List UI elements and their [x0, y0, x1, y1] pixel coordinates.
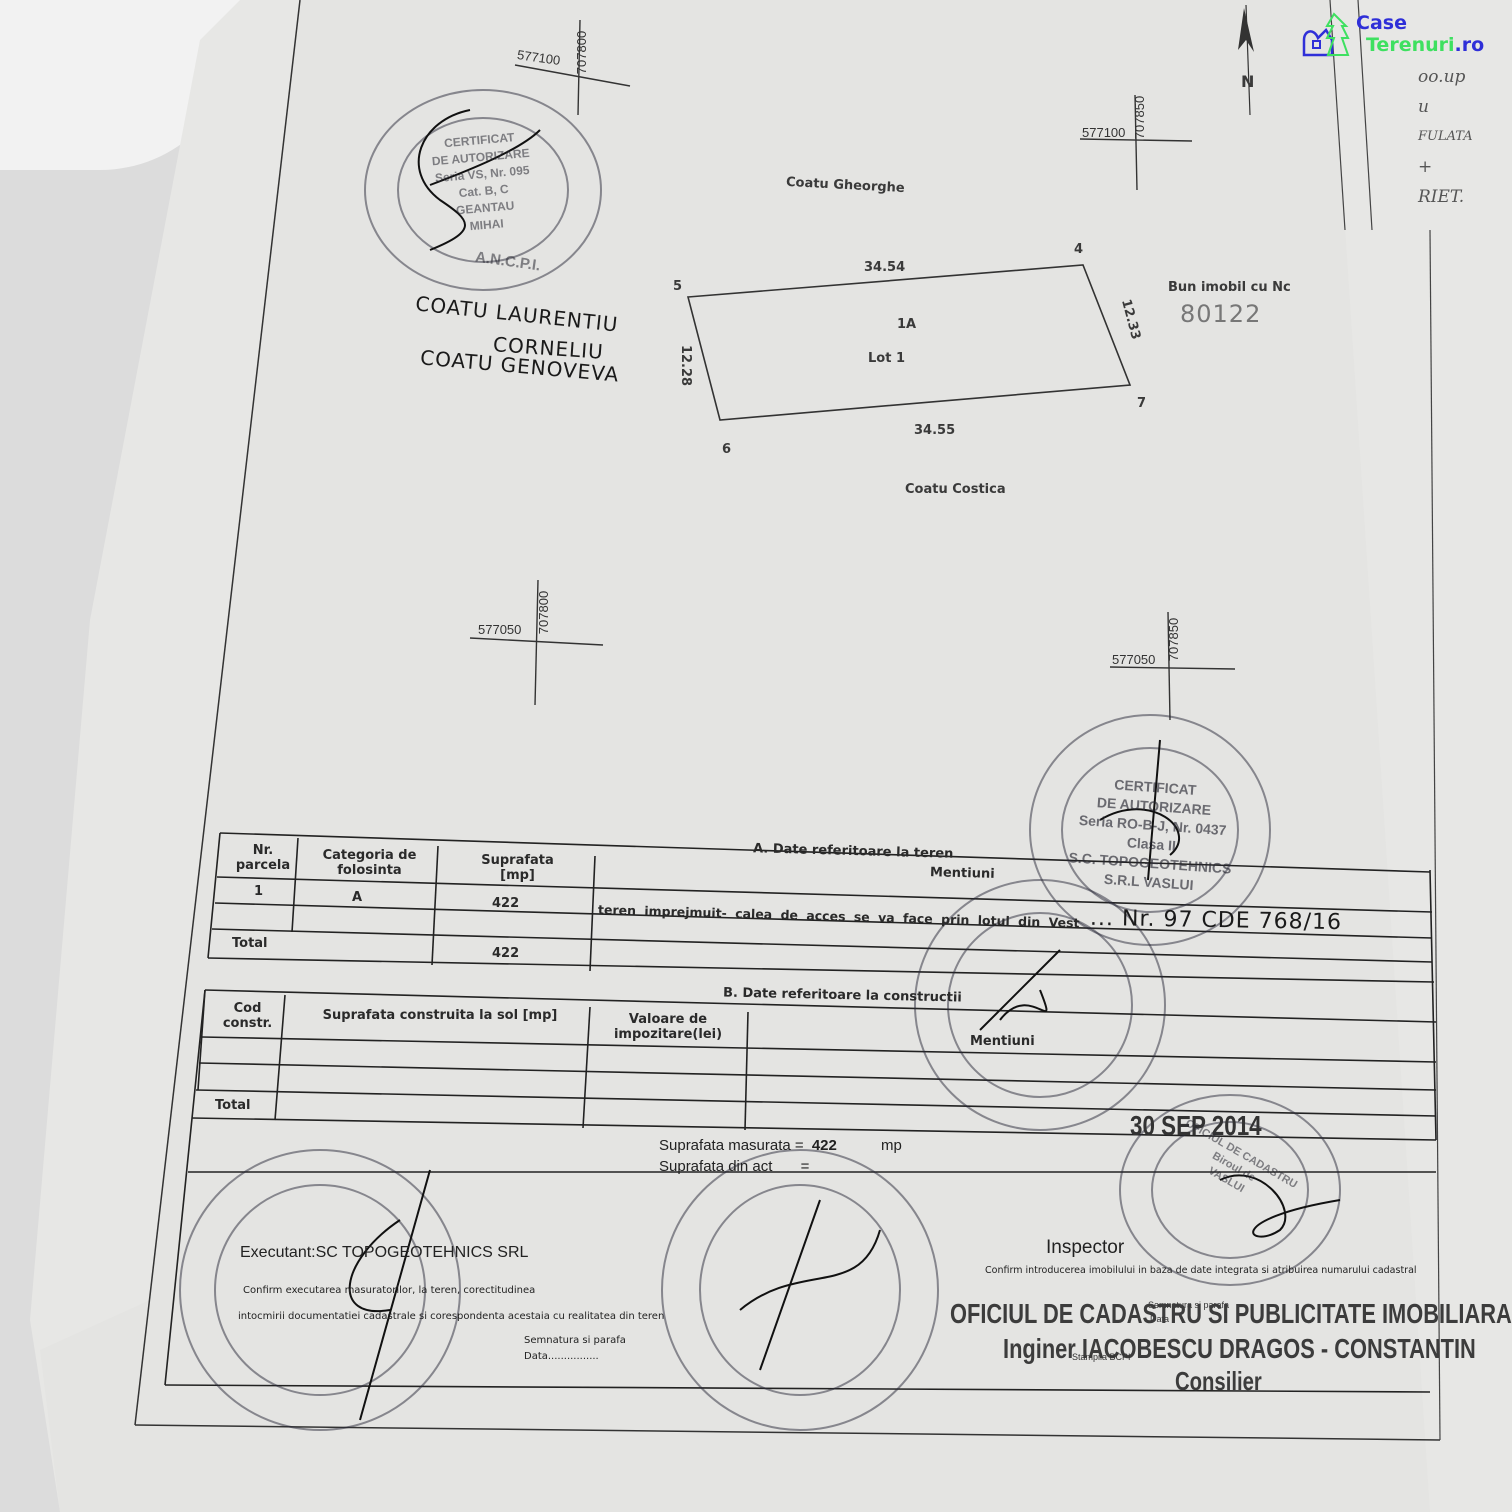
table-b-header-mentiuni: Mentiuni	[970, 1034, 1035, 1049]
surface-act-eq: =	[801, 1158, 810, 1175]
vertex-6: 6	[722, 442, 731, 457]
logo-terenuri: Terenuri	[1366, 34, 1455, 56]
stamp-ancpi-top: CERTIFICAT DE AUTORIZARE Seria VS, Nr. 0…	[414, 127, 552, 240]
table-b-total-label: Total	[215, 1098, 251, 1113]
logo-line-2: Terenuri.ro	[1366, 34, 1484, 56]
surface-measured-value: 422	[812, 1137, 837, 1154]
table-a-header-mentiuni: Mentiuni	[930, 865, 995, 882]
grid-y-label: 707850	[1132, 96, 1147, 139]
table-a-header-suprafata: Suprafata [mp]	[470, 853, 565, 883]
table-b-header-valoare: Valoare de impozitare(lei)	[598, 1012, 738, 1042]
property-nc: 80122	[1180, 300, 1261, 328]
inspector-title: Inspector	[1046, 1237, 1124, 1259]
surface-measured: Suprafata masurata = 422 mp	[659, 1137, 902, 1154]
table-a-row-nr: 1	[254, 884, 263, 899]
table-a-header-categorie: Categoria de folosinta	[312, 848, 427, 878]
parcel-category: 1A	[897, 317, 916, 332]
logo-line-1: Case	[1356, 12, 1407, 34]
grid-x-label: 577100	[1082, 125, 1125, 140]
inspector-confirm: Confirm introducerea imobilului in baza …	[985, 1265, 1417, 1276]
neighbor-south: Coatu Costica	[905, 482, 1006, 497]
vertex-5: 5	[673, 279, 682, 294]
grid-y-label: 707800	[536, 591, 551, 634]
surface-measured-label: Suprafata masurata =	[659, 1137, 804, 1154]
table-b-header-suprafata: Suprafata construita la sol [mp]	[320, 1008, 560, 1023]
executant-title: Executant:SC TOPOGEOTEHNICS SRL	[240, 1244, 528, 1262]
surface-act-label: Suprafata din act	[659, 1158, 772, 1175]
table-a-row-suprafata: 422	[492, 896, 519, 911]
property-label: Bun imobil cu Nc	[1168, 280, 1291, 295]
stamp-bcpi-label: Stampila BCPI	[1072, 1352, 1131, 1362]
vertex-4: 4	[1074, 242, 1083, 257]
table-a-header-nr: Nr. parcela	[228, 843, 298, 873]
executant-confirm-2: intocmirii documentatiei cadastrale si c…	[238, 1311, 664, 1322]
grid-y-label: 707800	[574, 31, 589, 74]
side-bottom: 34.55	[914, 423, 955, 438]
north-label: N	[1241, 72, 1254, 91]
stamp-firm: CERTIFICAT DE AUTORIZARE Seria RO-B-J, N…	[1058, 772, 1246, 898]
parcel-lot: Lot 1	[868, 351, 905, 366]
document-sheet	[0, 0, 1512, 1512]
logo-suffix: .ro	[1455, 34, 1485, 56]
role-stamp: Consilier	[1175, 1366, 1262, 1397]
executant-date-label: Data................	[524, 1351, 599, 1362]
vertex-7: 7	[1137, 396, 1146, 411]
table-a-total-label: Total	[232, 936, 268, 951]
grid-x-label: 577050	[1112, 652, 1155, 667]
house-tree-icon	[1300, 10, 1360, 60]
table-a-row-categorie: A	[352, 890, 362, 905]
executant-confirm-1: Confirm executarea masuratorilor, la ter…	[243, 1285, 535, 1296]
margin-notes: oo.up u FULATA + RIET.	[1418, 62, 1473, 212]
grid-y-label: 707850	[1166, 618, 1181, 661]
table-a-total-value: 422	[492, 946, 519, 961]
surface-act: Suprafata din act =	[659, 1158, 809, 1175]
surface-measured-unit: mp	[881, 1137, 902, 1154]
side-top: 34.54	[864, 260, 905, 275]
grid-x-label: 577050	[478, 622, 521, 637]
table-b-header-cod: Cod constr.	[215, 1001, 280, 1031]
table-a-handwritten-note: ... Nr. 97 CDE 768/16	[1090, 906, 1342, 935]
office-stamp: OFICIUL DE CADASTRU SI PUBLICITATE IMOBI…	[950, 1298, 1512, 1330]
side-left: 12.28	[678, 345, 693, 386]
executant-signature-label: Semnatura si parafa	[524, 1335, 626, 1346]
